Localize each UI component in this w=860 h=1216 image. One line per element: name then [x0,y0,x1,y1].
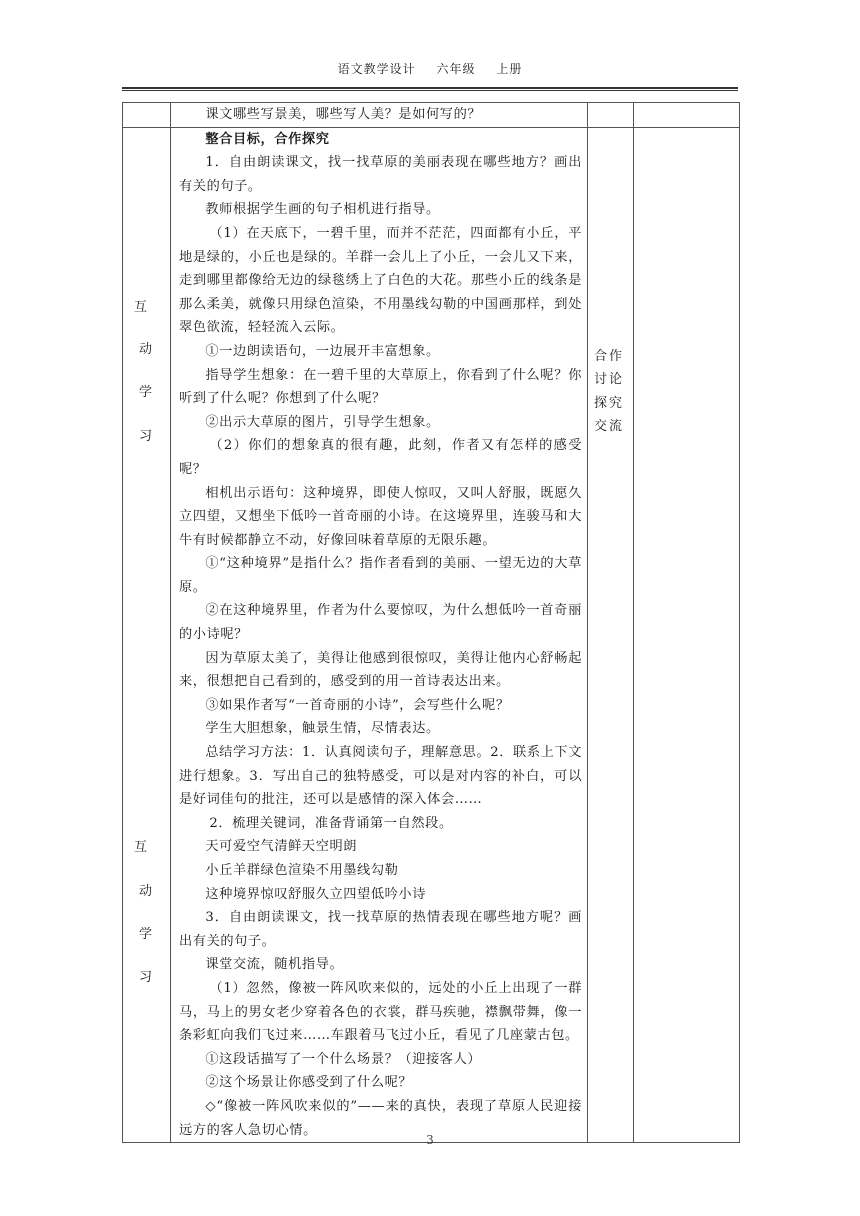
row1-content: 课文哪些写景美，哪些写人美？是如何写的？ [179,103,582,127]
content-cell: 整合目标，合作探究1．自由朗读课文，找一找草原的美丽表现在哪些地方？画出有关的句… [171,127,588,1143]
lesson-paragraph: 相机出示语句：这种境界，即使人惊叹，又叫人舒服，既愿久立四望，又想坐下低吟一首奇… [179,482,582,553]
lesson-paragraph: ①“这种境界”是指什么？指作者看到的美丽、一望无边的大草原。 [179,552,582,599]
lesson-paragraph: 课堂交流，随机指导。 [179,953,582,977]
notes-cell [634,127,740,1143]
header-grade: 六年级 [436,62,475,76]
header-volume: 上册 [496,62,522,76]
lesson-paragraph: 天可爱空气清鲜天空明朗 [179,835,582,859]
method-label: 合作 讨论 探究 交流 [588,345,626,439]
header-title: 语文教学设计 [338,62,416,76]
table-row: 课文哪些写景美，哪些写人美？是如何写的？ [123,103,740,128]
lesson-paragraph: ②在这种境界里，作者为什么要惊叹，为什么想低吟一首奇丽的小诗呢？ [179,599,582,646]
notes-cell [634,103,740,128]
lesson-paragraph: 指导学生想象：在一碧千里的大草原上，你看到了什么呢？你听到了什么呢？你想到了什么… [179,364,582,411]
table-row: 互 动 学 习 互 动 学 习 整合目标，合作探究1．自由朗读课文，找一找草原的… [123,127,740,1143]
content-cell: 课文哪些写景美，哪些写人美？是如何写的？ [171,103,588,128]
lesson-paragraph: 整合目标，合作探究 [179,128,582,152]
lesson-paragraph: ②出示大草原的图片，引导学生想象。 [179,411,582,435]
lesson-paragraph: 3．自由朗读课文，找一找草原的热情表现在哪些地方呢？画出有关的句子。 [179,906,582,953]
lesson-paragraph: 总结学习方法：1．认真阅读句子，理解意思。2．联系上下文进行想象。3．写出自己的… [179,741,582,812]
lesson-paragraph: （1）忽然，像被一阵风吹来似的，远处的小丘上出现了一群马，马上的男女老少穿着各色… [179,977,582,1048]
lesson-paragraph: 教师根据学生画的句子相机进行指导。 [179,198,582,222]
lesson-paragraph: 学生大胆想象，触景生情，尽情表达。 [179,717,582,741]
lesson-paragraph: （2）你们的想象真的很有趣，此刻，作者又有怎样的感受呢？ [179,434,582,481]
method-cell: 合作 讨论 探究 交流 [588,127,634,1143]
lesson-paragraph: 2．梳理关键词，准备背诵第一自然段。 [179,812,582,836]
lesson-paragraph: 1．自由朗读课文，找一找草原的美丽表现在哪些地方？画出有关的句子。 [179,151,582,198]
page-header: 语文教学设计 六年级 上册 [0,60,860,77]
page-number: 3 [0,1133,860,1147]
method-cell [588,103,634,128]
lesson-paragraph: ②这个场景让你感受到了什么呢？ [179,1071,582,1095]
lesson-paragraph: 小丘羊群绿色渲染不用墨线勾勒 [179,859,582,883]
lesson-paragraph: ①一边朗读语句，一边展开丰富想象。 [179,340,582,364]
lesson-content: 整合目标，合作探究1．自由朗读课文，找一找草原的美丽表现在哪些地方？画出有关的句… [171,128,587,1143]
lesson-paragraph: 因为草原太美了，美得让他感到很惊叹，美得让他内心舒畅起来，很想把自己看到的，感受… [179,647,582,694]
lesson-paragraph: （1）在天底下，一碧千里，而并不茫茫，四面都有小丘，平地是绿的，小丘也是绿的。羊… [179,222,582,340]
lesson-paragraph: 这种境界惊叹舒服久立四望低吟小诗 [179,883,582,907]
stage-cell [123,103,171,128]
lesson-paragraph: ③如果作者写“一首奇丽的小诗”，会写些什么呢？ [179,694,582,718]
header-double-rule [122,87,738,91]
stage-cell: 互 动 学 习 互 动 学 习 [123,127,171,1143]
lesson-paragraph: ①这段话描写了一个什么场景？（迎接客人） [179,1048,582,1072]
lesson-plan-table: 课文哪些写景美，哪些写人美？是如何写的？ 互 动 学 习 互 动 学 习 整合目… [122,102,740,1143]
